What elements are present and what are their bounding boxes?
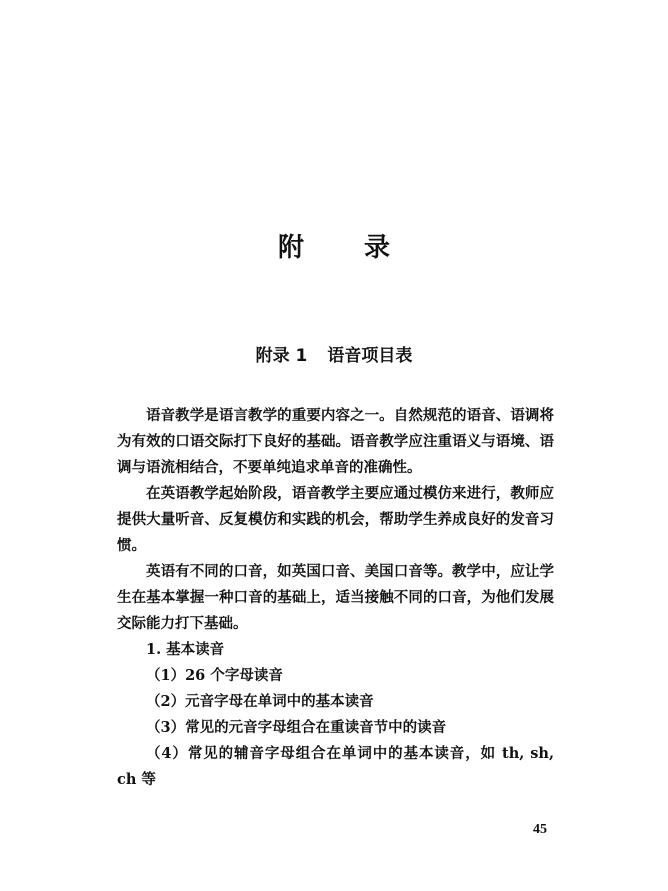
section-name: 语音项目表 [327, 346, 412, 366]
page-title-char-2: 录 [364, 227, 390, 264]
list-item: （2）元音字母在单词中的基本读音 [117, 689, 554, 715]
list-item: （1）26 个字母读音 [117, 663, 554, 689]
page-title: 附录 [0, 227, 668, 264]
list-heading: 1. 基本读音 [117, 637, 554, 663]
section-title: 附录 1语音项目表 [0, 341, 668, 366]
paragraph: 英语有不同的口音，如英国口音、美国口音等。教学中，应让学生在基本掌握一种口音的基… [117, 559, 554, 637]
section-number: 附录 1 [256, 346, 308, 366]
list-item: （4）常见的辅音字母组合在单词中的基本读音，如 th, sh, ch 等 [117, 741, 554, 793]
page-title-char-1: 附 [278, 227, 304, 264]
paragraph: 语音教学是语言教学的重要内容之一。自然规范的语音、语调将为有效的口语交际打下良好… [117, 403, 554, 481]
list-item: （3）常见的元音字母组合在重读音节中的读音 [117, 715, 554, 741]
body-text: 语音教学是语言教学的重要内容之一。自然规范的语音、语调将为有效的口语交际打下良好… [117, 403, 554, 793]
page-number: 45 [533, 822, 547, 838]
paragraph: 在英语教学起始阶段，语音教学主要应通过模仿来进行，教师应提供大量听音、反复模仿和… [117, 481, 554, 559]
